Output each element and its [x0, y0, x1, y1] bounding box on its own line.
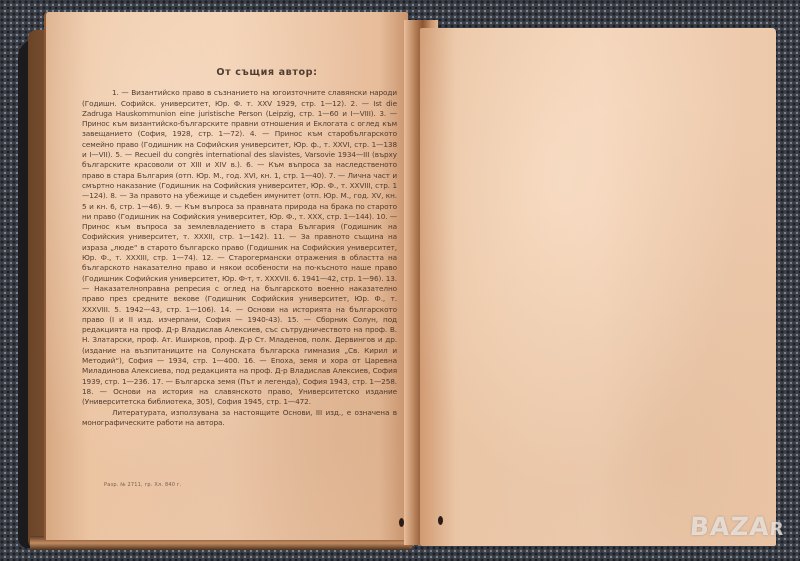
works-list-paragraph: 1. — Византийско право в съзнанието на ю…	[82, 88, 397, 407]
bazar-watermark-logo: BAZAR	[689, 512, 786, 541]
watermark-text: BAZA	[689, 512, 771, 541]
left-page-text: От същия автор: 1. — Византийско право в…	[82, 68, 397, 428]
page-heading: От същия автор:	[82, 68, 397, 78]
print-imprint: Разр. № 2711, гр. Хл. 840 г.	[104, 482, 182, 488]
watermark-suffix: R	[769, 519, 785, 540]
literature-note: Литературата, използувана за настоящите …	[82, 408, 397, 429]
binding-hole-left	[399, 518, 404, 527]
right-page-blank	[420, 28, 776, 546]
binding-hole-right	[438, 516, 443, 525]
